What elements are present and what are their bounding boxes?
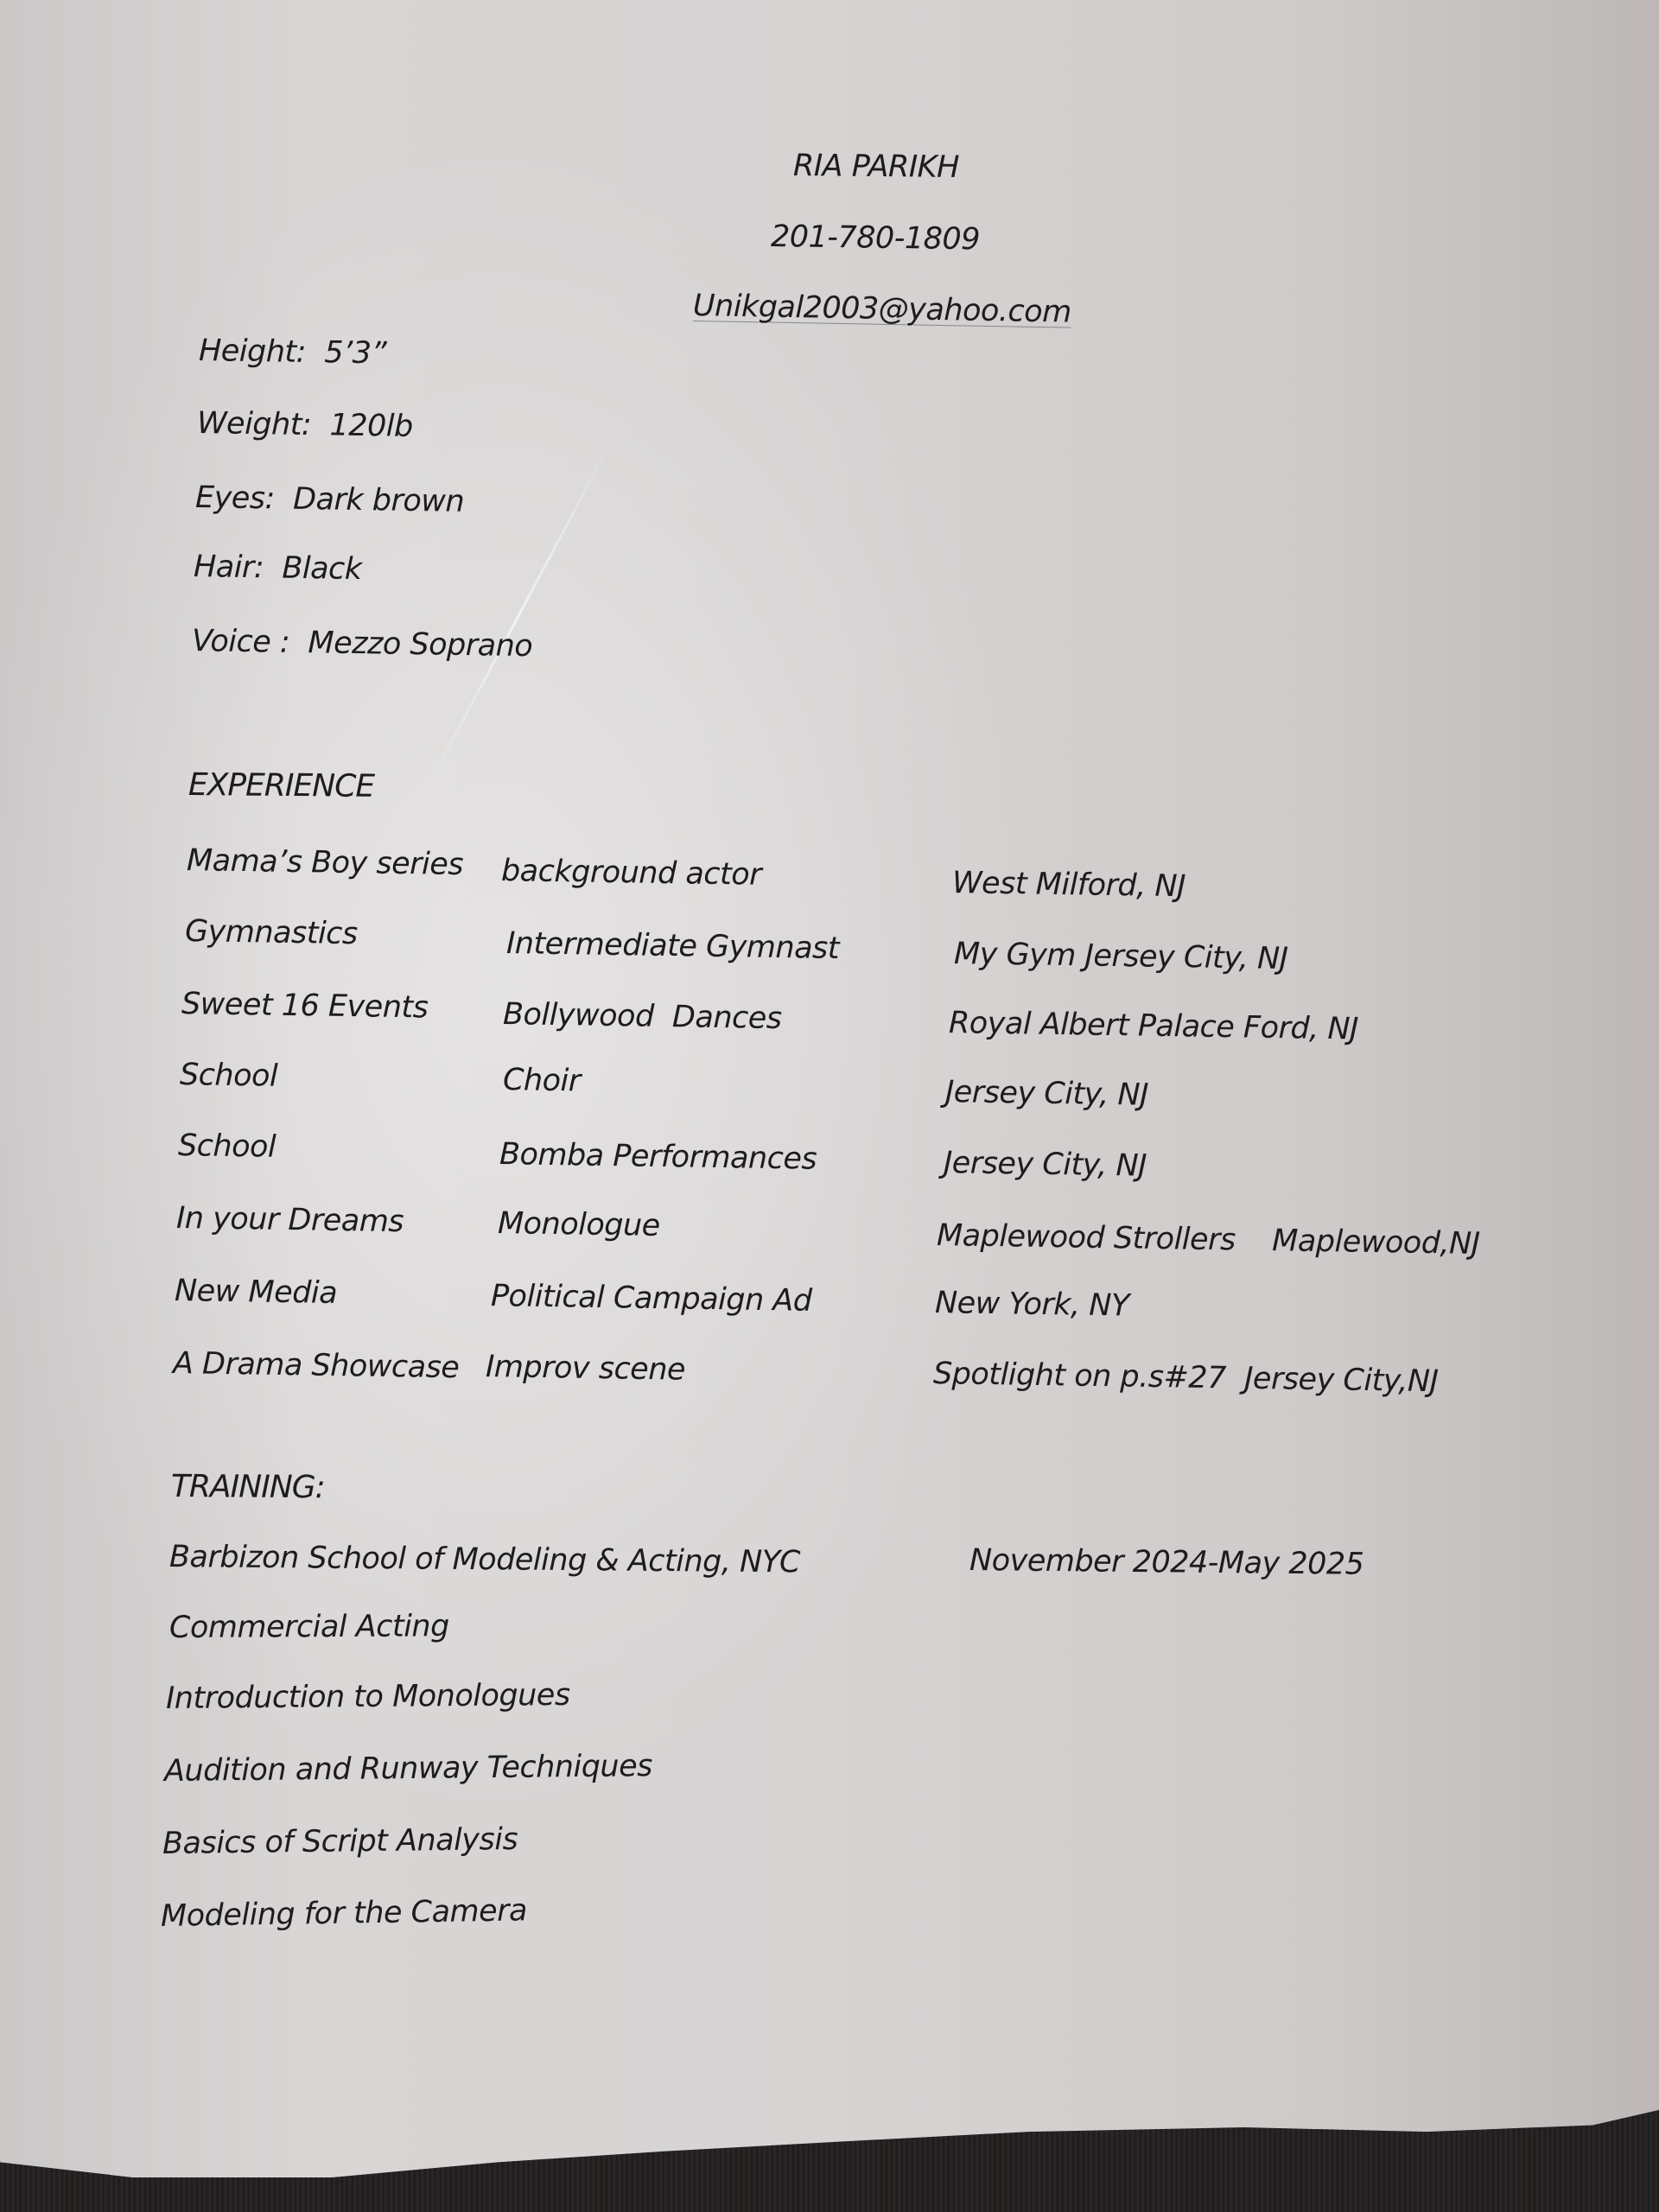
stat-label: Voice : — [192, 624, 290, 660]
stat-voice: Voice : Mezzo Soprano — [192, 624, 533, 664]
stat-height: Height: 5’3” — [199, 334, 387, 371]
training-course: Modeling for the Camera — [161, 1893, 528, 1934]
experience-project: School — [180, 1058, 278, 1094]
stat-value: Mezzo Soprano — [308, 626, 532, 664]
experience-project: School — [178, 1128, 276, 1165]
experience-role: Choir — [503, 1063, 581, 1098]
experience-role: Political Campaign Ad — [491, 1279, 812, 1319]
experience-heading: EXPERIENCE — [188, 767, 374, 804]
experience-role: Improv scene — [486, 1350, 686, 1388]
training-course: Introduction to Monologues — [166, 1678, 570, 1716]
experience-role: Bollywood Dances — [503, 997, 782, 1036]
experience-role: Intermediate Gymnast — [506, 926, 840, 966]
experience-location: My Gym Jersey City, NJ — [954, 937, 1288, 976]
training-school: Barbizon School of Modeling & Acting, NY… — [169, 1540, 800, 1580]
experience-project: Mama’s Boy series — [187, 843, 464, 882]
stat-value: Dark brown — [293, 482, 465, 519]
stat-weight: Weight: 120lb — [197, 406, 413, 444]
experience-project: Gymnastics — [185, 914, 358, 951]
experience-location: Royal Albert Palace Ford, NJ — [949, 1006, 1359, 1046]
experience-location: Jersey City, NJ — [945, 1075, 1149, 1113]
stat-eyes: Eyes: Dark brown — [195, 480, 465, 519]
training-course: Commercial Acting — [169, 1609, 449, 1645]
training-heading: TRAINING: — [171, 1469, 325, 1505]
stat-value: 5’3” — [324, 335, 386, 371]
stat-label: Height: — [199, 334, 307, 370]
experience-role: Bomba Performances — [499, 1137, 817, 1177]
candidate-phone: 201-780-1809 — [771, 219, 980, 257]
stat-value: 120lb — [329, 408, 413, 444]
candidate-name: RIA PARIKH — [793, 149, 959, 185]
experience-project: Sweet 16 Events — [181, 987, 429, 1025]
training-course: Basics of Script Analysis — [162, 1822, 518, 1861]
experience-location: Jersey City, NJ — [944, 1146, 1147, 1184]
stat-label: Weight: — [197, 406, 312, 442]
stat-label: Hair: — [194, 550, 264, 585]
stat-value: Black — [282, 551, 362, 587]
stat-hair: Hair: Black — [194, 550, 362, 587]
resume-photo: RIA PARIKH 201-780-1809 Unikgal2003@yaho… — [0, 0, 1659, 2212]
stat-label: Eyes: — [195, 480, 276, 516]
experience-project: New Media — [175, 1274, 338, 1311]
experience-project: A Drama Showcase — [173, 1346, 460, 1385]
experience-project: In your Dreams — [176, 1201, 404, 1239]
training-course: Audition and Runway Techniques — [164, 1749, 652, 1789]
experience-role: Monologue — [498, 1206, 660, 1243]
experience-location: West Milford, NJ — [952, 866, 1186, 904]
experience-role: background actor — [501, 854, 762, 893]
candidate-email: Unikgal2003@yahoo.com — [693, 289, 1071, 330]
training-dates: November 2024-May 2025 — [969, 1543, 1364, 1582]
experience-location: New York, NY — [935, 1286, 1129, 1324]
